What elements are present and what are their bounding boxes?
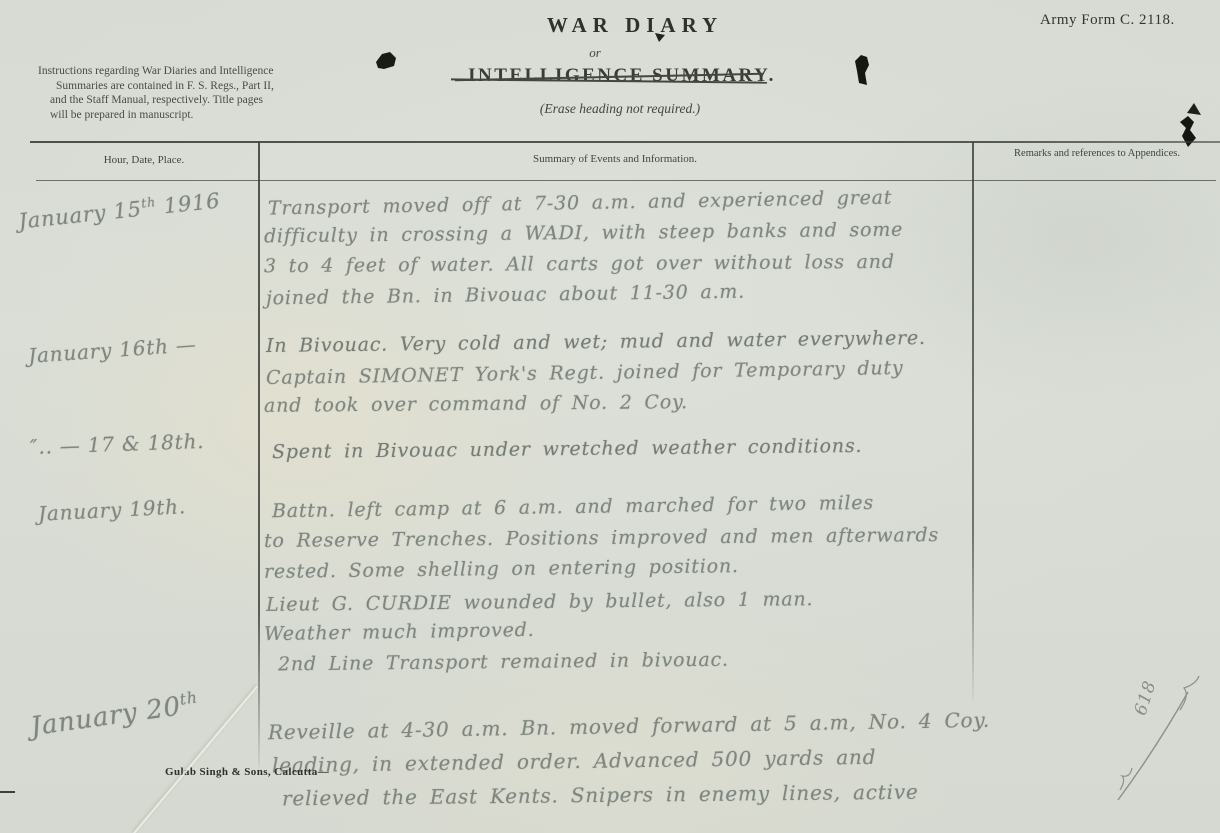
diary-line: to Reserve Trenches. Positions improved … [264,524,939,552]
date-text: January 20 [29,692,183,743]
column-header-summary: Summary of Events and Information. [258,153,972,165]
ink-blot [374,52,398,70]
diary-line: joined the Bn. in Bivouac about 11-30 a.… [266,281,745,310]
diary-line: Captain SIMONET York's Regt. joined for … [266,357,904,389]
diary-line: 3 to 4 feet of water. All carts got over… [264,251,895,277]
diary-line: Battn. left camp at 6 a.m. and marched f… [272,492,874,522]
instructions-block: Instructions regarding War Diaries and I… [38,64,418,122]
pencil-scribble [1100,640,1210,810]
diary-line: difficulty in crossing a WADI, with stee… [264,219,903,248]
diary-line: Reveille at 4-30 a.m. Bn. moved forward … [268,708,990,745]
diary-line: Transport moved off at 7-30 a.m. and exp… [268,187,893,220]
column-header-hour-date-place: Hour, Date, Place. [30,154,258,166]
date-text: January 15 [17,197,143,234]
table-header-rule [36,180,1216,181]
diary-line: Weather much improved. [264,619,535,645]
ink-blot [853,55,873,87]
instructions-line: will be prepared in manuscript. [50,108,418,123]
margin-number-annotation: 618 [1131,678,1161,718]
army-form-number: Army Form C. 2118. [1040,12,1215,29]
ink-blot [1179,116,1197,148]
entry-date: January 15th 1916 [17,187,221,233]
entry-date: January 20th [29,688,201,742]
date-text: January 16th — [27,332,197,368]
page-title: WAR DIARY [460,13,810,38]
entry-date: ″.. — 17 & 18th. [30,429,205,459]
instructions-line: and the Staff Manual, respectively. Titl… [50,93,418,108]
or-label: or [420,45,770,61]
ink-blot [1186,103,1202,116]
diary-line: Spent in Bivouac under wretched weather … [272,435,863,463]
war-diary-page: Army Form C. 2118. WAR DIARY or INTELLIG… [0,0,1220,833]
instructions-line: Instructions regarding War Diaries and I… [38,64,418,79]
diary-line: and took over command of No. 2 Coy. [264,391,688,417]
column-divider-right [972,142,974,702]
date-suffix: th [140,194,156,210]
entry-date: January 19th. [37,494,186,526]
date-text: January 19th. [37,494,186,526]
erase-heading-note: (Erase heading not required.) [445,101,795,117]
date-year: 1916 [155,188,221,219]
page-edge-mark [0,791,15,793]
table-top-rule [30,141,1220,143]
alt-title-struck: INTELLIGENCE SUMMARY. [447,65,797,87]
ink-blot [655,33,666,43]
diary-line: leading, in extended order. Advanced 500… [272,745,877,777]
instructions-line: Summaries are contained in F. S. Regs., … [56,79,418,94]
diary-line: 2nd Line Transport remained in bivouac. [278,649,729,676]
diary-line: Lieut G. CURDIE wounded by bullet, also … [266,588,814,616]
diary-line: In Bivouac. Very cold and wet; mud and w… [266,327,926,357]
diary-line: relieved the East Kents. Snipers in enem… [282,780,919,811]
date-suffix: th [179,688,199,708]
column-divider-left [258,142,260,767]
diary-line: rested. Some shelling on entering positi… [264,555,739,583]
date-text: ″.. — 17 & 18th. [30,429,205,459]
column-header-remarks: Remarks and references to Appendices. [976,148,1218,159]
entry-date: January 16th — [27,332,197,368]
